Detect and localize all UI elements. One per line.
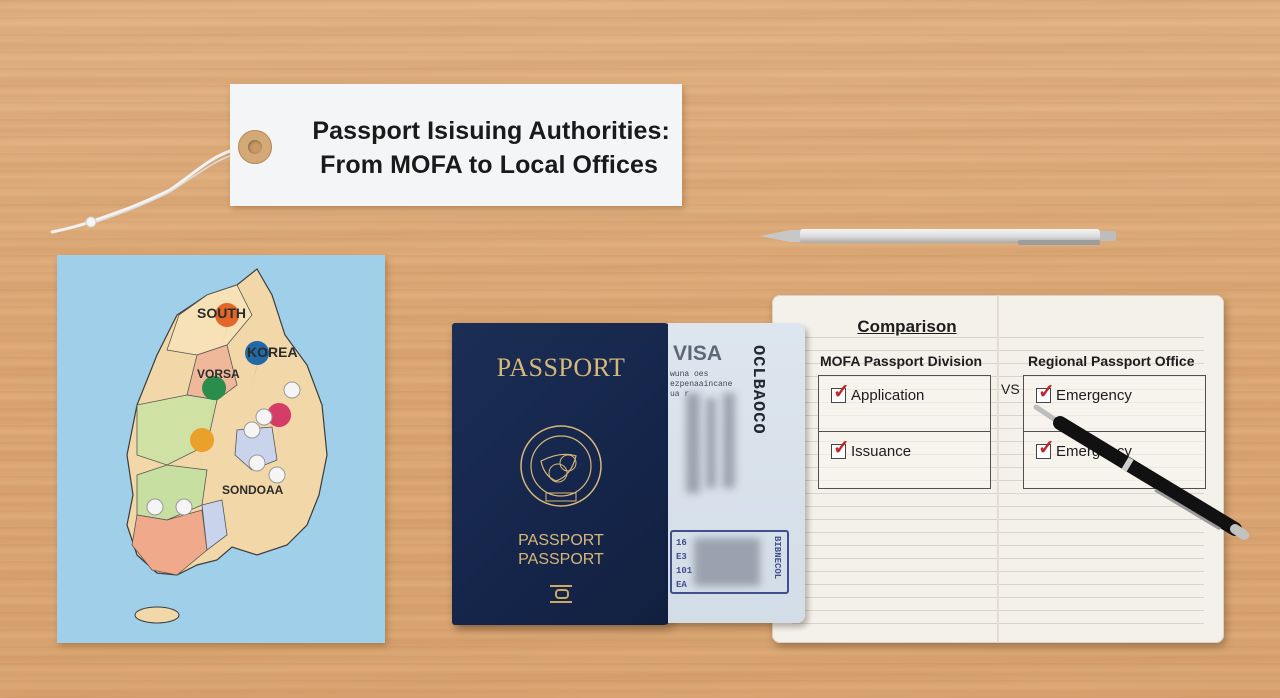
blurred-field (723, 393, 735, 488)
passport: PASSPORT PASSPORT PASSPORT (452, 323, 670, 625)
black-pen (1030, 395, 1250, 545)
korea-map: SOUTH KOREA VORSA SONDOAA (57, 255, 385, 643)
passport-title: PASSPORT (452, 353, 670, 383)
map-label-center: VORSA (197, 367, 240, 381)
blurred-field (686, 393, 700, 493)
visa-vertical-text: OCLBAOCO (748, 345, 767, 435)
blurred-field (706, 398, 716, 488)
checklist-item: Application (819, 376, 990, 428)
map-label-korea: KOREA (247, 344, 298, 360)
visa-stamp: 16 E3 101 EA BIBNECOL (670, 530, 789, 594)
visa-card: VISA wuna oes ezpenaaincane ua r OCLBAOC… (668, 323, 805, 623)
checked-checkbox-icon (831, 388, 846, 403)
comparison-heading: Comparison (832, 317, 982, 337)
tag-title: Passport Isisuing Authorities: From MOFA… (290, 114, 670, 182)
map-label-bottom: SONDOAA (222, 483, 283, 497)
silver-pen (760, 225, 1118, 247)
title-tag: Passport Isisuing Authorities: From MOFA… (230, 84, 682, 206)
left-checklist: Application Issuance (818, 375, 991, 489)
vs-label: VS (1001, 381, 1020, 397)
checked-checkbox-icon (831, 444, 846, 459)
notebook-spine (997, 295, 999, 643)
left-column-title: MOFA Passport Division (820, 353, 982, 369)
eyelet-icon (238, 130, 272, 164)
map-label-south: SOUTH (197, 305, 246, 321)
passport-subtitle: PASSPORT PASSPORT (452, 531, 670, 569)
visa-label: VISA (673, 342, 722, 366)
blurred-field (694, 538, 760, 586)
checklist-item: Issuance (819, 431, 990, 484)
biometric-chip-icon (550, 585, 572, 603)
right-column-title: Regional Passport Office (1028, 353, 1194, 369)
emblem-icon (516, 421, 606, 511)
